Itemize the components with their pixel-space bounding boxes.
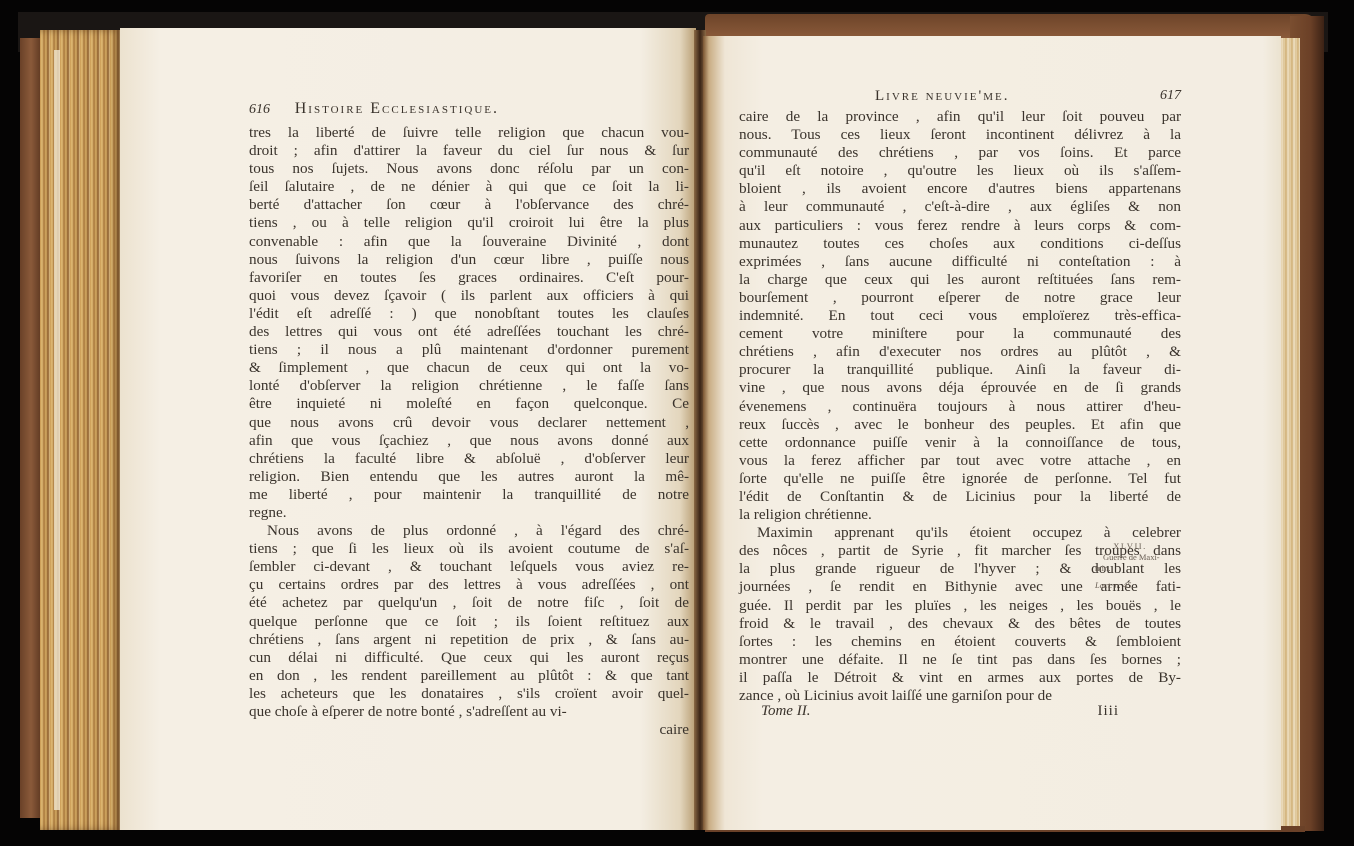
text-line: ſorte qu'elle ne puiſſe être ignorée de … xyxy=(739,470,1181,488)
text-line: me liberté , pour maintenir la tranquill… xyxy=(249,486,689,504)
text-line: Maximin apprenant qu'ils étoient occupez… xyxy=(739,524,1181,542)
text-line: évenemens , continuëra toujours à nous a… xyxy=(739,398,1181,416)
text-line: chrétiens , ſans argent ni repetition de… xyxy=(249,631,689,649)
text-line: & ſimplement , que chacun de ceux qui on… xyxy=(249,359,689,377)
page-edge-stack-right xyxy=(1278,38,1300,828)
text-line: l'édit eſt adreſſé : ) que nonobſtant to… xyxy=(249,305,689,323)
text-line: nous ſuivons la religion d'un cœur libre… xyxy=(249,251,689,269)
text-line: procurer la tranquillité publique. Ainſi… xyxy=(739,361,1181,379)
page-number: 617 xyxy=(1160,88,1181,104)
text-line: les acheteurs que les donataires , s'ils… xyxy=(249,685,689,703)
running-head-left: 616 Histoire Ecclesiastique. xyxy=(249,100,689,118)
running-head-right: Livre neuvie'me. 617 xyxy=(739,88,1181,105)
text-line: tiens , ou à telle religion qu'il croiro… xyxy=(249,214,689,232)
section-number: XLVII. xyxy=(1095,541,1165,552)
text-line: communauté des chrétiens , par vos ſoins… xyxy=(739,144,1181,162)
text-line: chrétiens , afin d'executer nos ordres a… xyxy=(739,343,1181,361)
source-reference: Lact. n. 45. xyxy=(1095,580,1165,591)
text-line: favoriſer en toutes ſes graces ordinaire… xyxy=(249,269,689,287)
text-line: froid & le travail , des chevaux & des b… xyxy=(739,615,1181,633)
text-line: la religion chrétienne. xyxy=(739,506,1181,524)
text-line: qu'il eſt notoire , qu'outre les lieux o… xyxy=(739,162,1181,180)
text-line: caire de la province , afin qu'il leur ſ… xyxy=(739,108,1181,126)
text-line: à leur communauté , c'eſt-à-dire , aux é… xyxy=(739,198,1181,216)
section-label: Guerre de Maxi-min. xyxy=(1095,552,1165,574)
volume-label: Tome II. xyxy=(761,703,810,719)
text-line: cun délai ni difficulté. Que ceux qui le… xyxy=(249,649,689,667)
text-line: ſortes : les chemins en étoient couverts… xyxy=(739,633,1181,651)
text-line: tous nos ſujets. Nous avons donc réſolu … xyxy=(249,160,689,178)
text-line: tres la liberté de ſuivre telle religion… xyxy=(249,124,689,142)
text-line: été achetez par quelqu'un , ſoit de notr… xyxy=(249,594,689,612)
running-title: Livre neuvie'me. xyxy=(875,88,1009,104)
text-line: Nous avons de plus ordonné , à l'égard d… xyxy=(249,522,689,540)
running-title: Histoire Ecclesiastique. xyxy=(295,100,499,117)
text-line: convenable : afin que la ſouveraine Divi… xyxy=(249,233,689,251)
text-line: guée. Il perdit par les pluïes , les nei… xyxy=(739,597,1181,615)
text-line: nous. Tous ces lieux ſeront incontinent … xyxy=(739,126,1181,144)
body-text: tres la liberté de ſuivre telle religion… xyxy=(249,124,689,739)
text-line: cette ordonnance puiſſe venir à la conno… xyxy=(739,434,1181,452)
text-line: berté d'attacher ſon cœur à l'obſervance… xyxy=(249,196,689,214)
text-line: il paſſa le Détroit & vint en armes aux … xyxy=(739,669,1181,687)
text-line: munautez toutes ces choſes aux condition… xyxy=(739,235,1181,253)
text-line: montrer une défaite. Il ne ſe tint pas d… xyxy=(739,651,1181,669)
text-line: des lettres qui vous ont été adreſſées t… xyxy=(249,323,689,341)
text-line: cement votre miniſtere pour la communaut… xyxy=(739,325,1181,343)
text-line: vous la ferez afficher par tout avec vot… xyxy=(739,452,1181,470)
body-text: caire de la province , afin qu'il leur ſ… xyxy=(739,108,1181,705)
text-line: exprimées , ſans aucune difficulté ni co… xyxy=(739,253,1181,271)
signature-mark: Iiii xyxy=(1098,703,1120,720)
margin-note: XLVII. Guerre de Maxi-min. Lact. n. 45. xyxy=(1095,541,1165,591)
text-line: bloient , ils avoient encore d'autres bi… xyxy=(739,180,1181,198)
text-line: que nous avons crû devoir vous declarer … xyxy=(249,414,689,432)
text-line: reux ſuccès , avec le bonheur des peuple… xyxy=(739,416,1181,434)
text-line: en don , les rendent pareillement au plû… xyxy=(249,667,689,685)
text-line: aux particuliers : vous ferez rendre à l… xyxy=(739,217,1181,235)
text-line: quoi vous devez ſçavoir ( ils parlent au… xyxy=(249,287,689,305)
text-line: regne. xyxy=(249,504,689,522)
text-line: indemnité. En tout ceci vous emploïerez … xyxy=(739,307,1181,325)
catchword: caire xyxy=(249,721,689,739)
text-line: lonté d'obſerver la religion chrétienne … xyxy=(249,377,689,395)
book-cover-top-edge xyxy=(705,14,1315,38)
text-line: ſembler ci-devant , & touchant leſquels … xyxy=(249,558,689,576)
text-line: la charge que ceux qui les auront reſtit… xyxy=(739,271,1181,289)
text-line: ſeil ſalutaire , de ne dénier à qui que … xyxy=(249,178,689,196)
book-cover-left-edge xyxy=(20,38,42,818)
text-line: quelque perſonne que ce ſoit ; ils ſoien… xyxy=(249,613,689,631)
right-page: Livre neuvie'me. 617 caire de la provinc… xyxy=(703,36,1281,830)
page-footer: Tome II. Iiii xyxy=(761,703,1131,720)
text-line: çu certains ordres par des lettres à vou… xyxy=(249,576,689,594)
text-line: droit ; afin d'attirer la faveur du ciel… xyxy=(249,142,689,160)
text-line: être inquieté ni moleſté en façon quelco… xyxy=(249,395,689,413)
text-line: religion. Bien entendu que les autres au… xyxy=(249,468,689,486)
text-line: que choſe à eſperer de notre bonté , s'a… xyxy=(249,703,689,721)
text-line: l'édit de Conſtantin & de Licinius pour … xyxy=(739,488,1181,506)
page-edge-stack-left xyxy=(40,30,122,830)
text-line: vine , que nous avons déja éprouvée en d… xyxy=(739,379,1181,397)
text-line: tiens ; que ſi les lieux où ils avoient … xyxy=(249,540,689,558)
left-page: 616 Histoire Ecclesiastique. tres la lib… xyxy=(120,28,696,830)
text-line: chrétiens la faculté libre & abſoluë , d… xyxy=(249,450,689,468)
text-line: afin que vous ſçachiez , que nous avons … xyxy=(249,432,689,450)
text-line: tiens ; il nous a plû maintenant d'ordon… xyxy=(249,341,689,359)
text-line: bourſement , pourront eſperer de notre g… xyxy=(739,289,1181,307)
page-number: 616 xyxy=(249,102,270,117)
